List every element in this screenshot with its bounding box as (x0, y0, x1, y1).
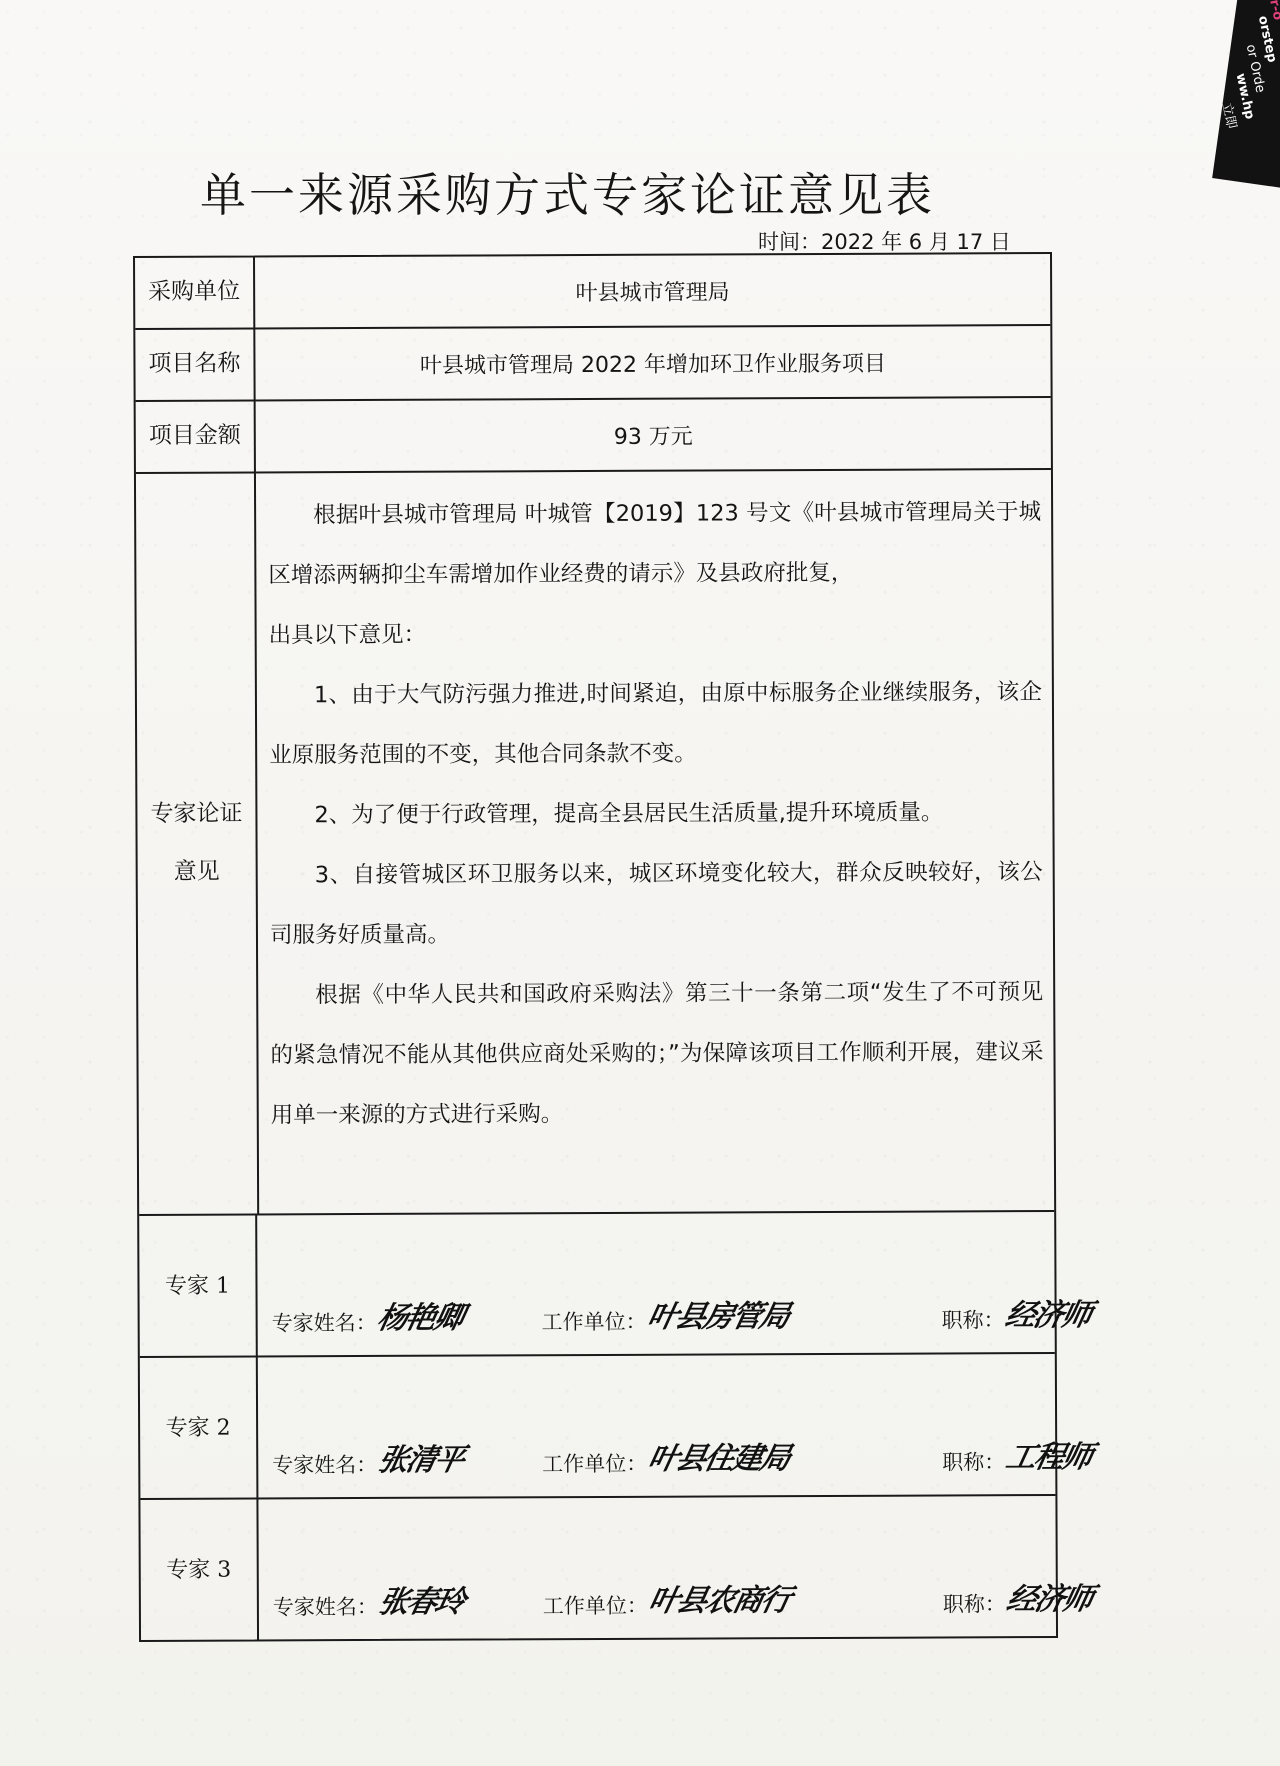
row-expert-opinion: 专家论证 意见 根据叶县城市管理局 叶城管【2019】123 号文《叶县城市管理… (136, 470, 1054, 1216)
opinion-label-line2: 意见 (151, 851, 243, 895)
project-amount-value: 93 万元 (256, 398, 1051, 471)
opinion-paragraph: 3、自接管城区环卫服务以来，城区环境变化较大，群众反映较好，该公司服务好质量高。 (270, 842, 1044, 965)
expert-name-field: 专家姓名： 张春玲 (273, 1576, 543, 1621)
row-expert-2: 专家 2 专家姓名： 张清平 工作单位： 叶县住建局 职称： 工程师 (140, 1354, 1056, 1500)
date-value: 2022 年 6 月 17 日 (821, 230, 1011, 254)
purchasing-unit-value: 叶县城市管理局 (255, 254, 1050, 327)
row-label: 项目金额 (136, 401, 256, 472)
field-label: 职称： (943, 1588, 1006, 1618)
row-expert-1: 专家 1 专家姓名： 杨艳卿 工作单位： 叶县房管局 职称： 经济师 (139, 1212, 1055, 1358)
field-label: 专家姓名： (272, 1307, 377, 1337)
document-title: 单一来源采购方式专家论证意见表 (200, 159, 935, 225)
opinion-paragraph: 出具以下意见： (269, 602, 1042, 665)
opinion-paragraph: 1、由于大气防污强力推进,时间紧迫，由原中标服务企业继续服务，该企业原服务范围的… (269, 662, 1043, 785)
unit-signature: 叶县农商行 (645, 1575, 794, 1620)
opinion-form-table: 采购单位 叶县城市管理局 项目名称 叶县城市管理局 2022 年增加环卫作业服务… (133, 252, 1058, 1642)
row-label: 专家 2 (140, 1357, 259, 1498)
field-label: 工作单位： (542, 1448, 647, 1478)
opinion-text: 根据叶县城市管理局 叶城管【2019】123 号文《叶县城市管理局关于城区增添两… (256, 470, 1054, 1213)
field-label: 专家姓名： (273, 1591, 378, 1621)
field-label: 职称： (942, 1304, 1005, 1334)
opinion-paragraph: 2、为了便于行政管理，提高全县居民生活质量,提升环境质量。 (269, 782, 1042, 845)
name-signature: 张春玲 (375, 1577, 468, 1621)
expert-title-field: 职称： 工程师 (942, 1432, 1101, 1477)
opinion-label-line1: 专家论证 (150, 793, 242, 837)
row-purchasing-unit: 采购单位 叶县城市管理局 (135, 254, 1050, 330)
name-signature: 杨艳卿 (374, 1293, 467, 1337)
title-signature: 工程师 (1003, 1432, 1096, 1476)
expert-name-field: 专家姓名： 张清平 (272, 1434, 542, 1479)
row-label: 采购单位 (135, 257, 255, 328)
field-label: 工作单位： (543, 1590, 648, 1620)
project-name-value: 叶县城市管理局 2022 年增加环卫作业服务项目 (255, 326, 1050, 399)
row-label: 专家论证 意见 (136, 473, 259, 1214)
expert-title-field: 职称： 经济师 (943, 1574, 1102, 1619)
expert-unit-field: 工作单位： 叶县农商行 (543, 1574, 943, 1620)
row-project-name: 项目名称 叶县城市管理局 2022 年增加环卫作业服务项目 (135, 326, 1050, 402)
field-label: 专家姓名： (272, 1449, 377, 1479)
expert-unit-field: 工作单位： 叶县住建局 (542, 1432, 942, 1478)
row-expert-3: 专家 3 专家姓名： 张春玲 工作单位： 叶县农商行 职称： 经济师 (140, 1496, 1056, 1640)
expert-name-field: 专家姓名： 杨艳卿 (272, 1292, 542, 1337)
name-signature: 张清平 (375, 1435, 468, 1479)
date-label: 时间： (758, 230, 821, 254)
row-project-amount: 项目金额 93 万元 (136, 398, 1051, 474)
opinion-paragraph: 根据叶县城市管理局 叶城管【2019】123 号文《叶县城市管理局关于城区增添两… (268, 482, 1042, 605)
field-label: 职称： (942, 1446, 1005, 1476)
expert-unit-field: 工作单位： 叶县房管局 (542, 1290, 942, 1336)
field-label: 工作单位： (542, 1306, 647, 1336)
title-signature: 经济师 (1002, 1290, 1095, 1334)
unit-signature: 叶县房管局 (644, 1291, 793, 1336)
expert-title-field: 职称： 经济师 (942, 1290, 1101, 1335)
row-label: 项目名称 (135, 329, 255, 400)
expert-signature-line: 专家姓名： 杨艳卿 工作单位： 叶县房管局 职称： 经济师 (257, 1212, 1111, 1356)
expert-signature-line: 专家姓名： 张清平 工作单位： 叶县住建局 职称： 工程师 (258, 1354, 1112, 1498)
unit-signature: 叶县住建局 (645, 1433, 794, 1478)
title-signature: 经济师 (1003, 1574, 1096, 1618)
row-label: 专家 3 (140, 1499, 259, 1640)
expert-signature-line: 专家姓名： 张春玲 工作单位： 叶县农商行 职称： 经济师 (258, 1496, 1112, 1640)
row-label: 专家 1 (139, 1215, 258, 1356)
opinion-paragraph: 根据《中华人民共和国政府采购法》第三十一条第二项“发生了不可预见的紧急情况不能从… (270, 962, 1044, 1145)
